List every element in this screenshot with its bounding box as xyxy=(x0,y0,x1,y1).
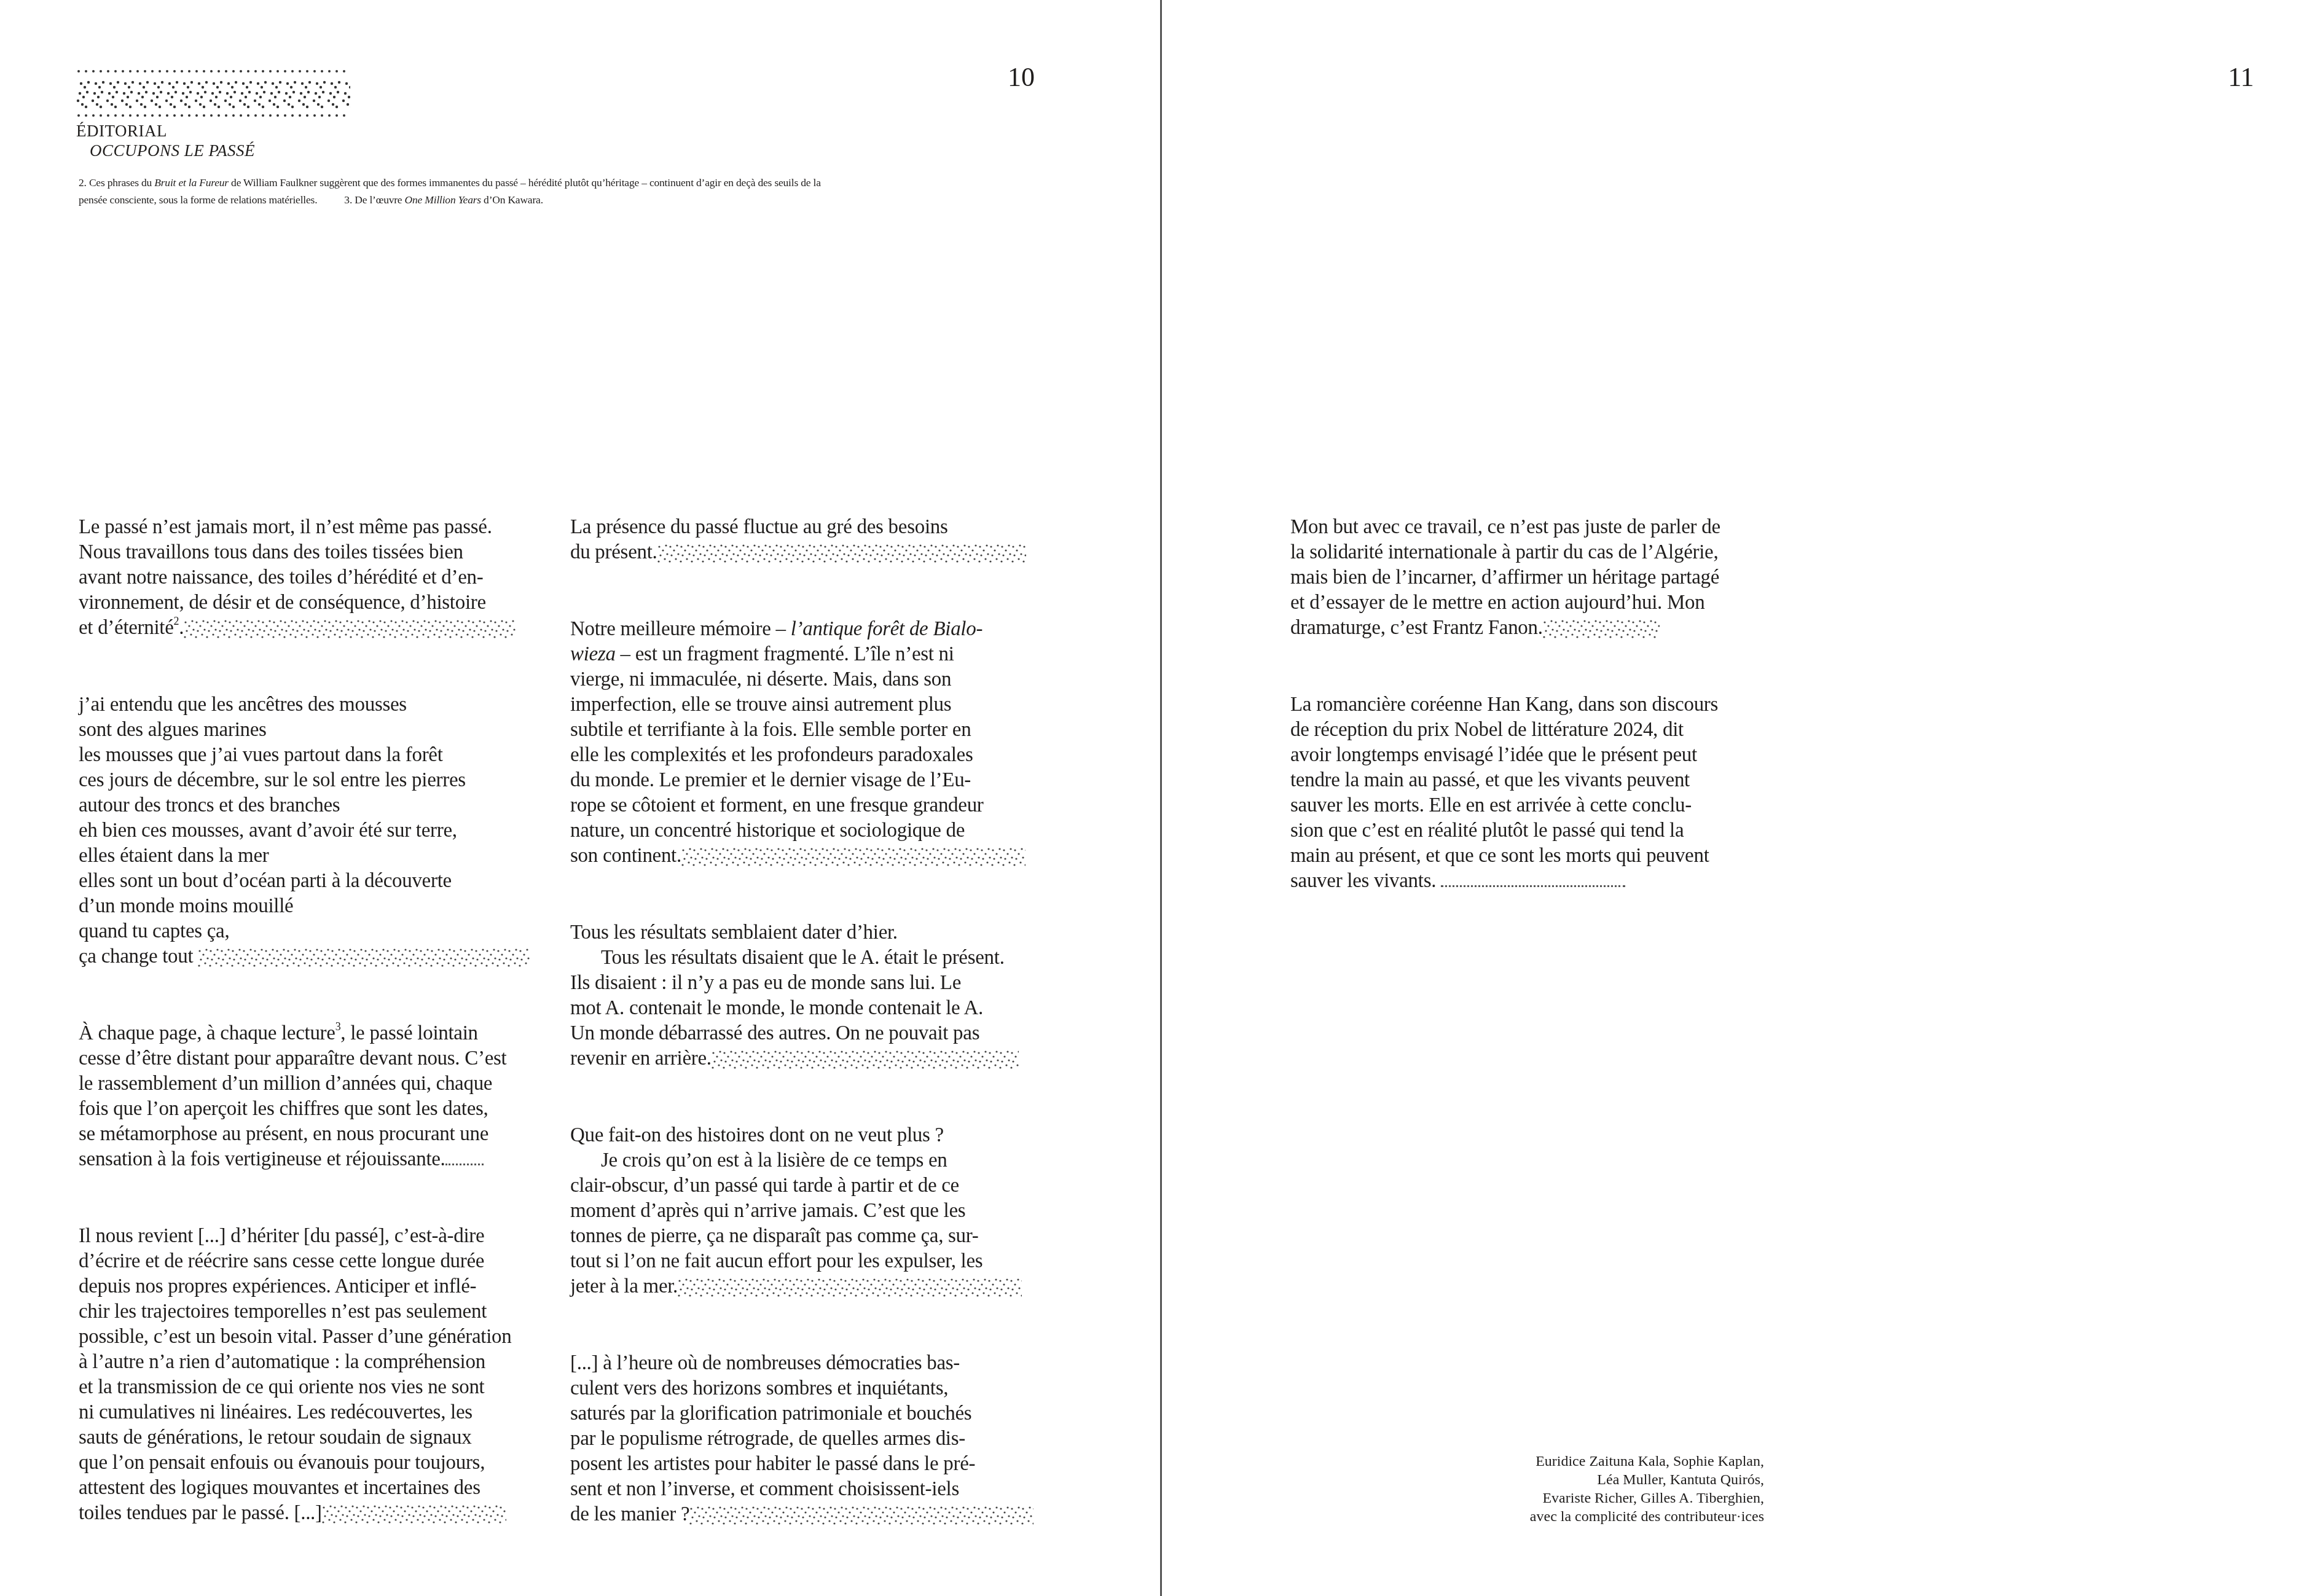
footnote-work-title: Bruit et la Fureur xyxy=(154,176,229,189)
dotted-ornament-icon xyxy=(681,847,1026,867)
credit-line: Evariste Richer, Gilles A. Tiberghien, xyxy=(1530,1489,1764,1508)
paragraph: La romancière coréenne Han Kang, dans so… xyxy=(1290,692,1776,894)
page-number-right: 11 xyxy=(2228,64,2254,91)
paragraph: À chaque page, à chaque lecture3, le pas… xyxy=(79,1021,564,1172)
footnote-ref-2: 2 xyxy=(174,615,179,627)
dotted-lettering-icon xyxy=(1543,619,1660,640)
dotted-ornament-icon xyxy=(712,1049,1019,1070)
text-column-2: La présence du passé fluctue au gré des … xyxy=(570,515,1056,1579)
dotted-ornament-icon xyxy=(689,1505,1034,1526)
footnote-text: pensée consciente, sous la forme de rela… xyxy=(79,194,317,206)
footnote-text: 2. Ces phrases du xyxy=(79,176,154,189)
dotted-ornament-icon xyxy=(657,543,1026,564)
section-label: ÉDITORIAL xyxy=(76,120,350,141)
footnotes: 2. Ces phrases du Bruit et la Fureur de … xyxy=(79,174,1049,208)
dotted-floral-ornament-icon xyxy=(76,69,350,118)
footnote-3: 3. De l’œuvre One Million Years d’On Kaw… xyxy=(344,194,543,206)
paragraph: Notre meilleure mémoire – l’antique forê… xyxy=(570,617,1056,869)
editorial-credits: Euridice Zaituna Kala, Sophie Kaplan, Lé… xyxy=(1530,1452,1764,1526)
credit-line: avec la complicité des contributeur·ices xyxy=(1530,1508,1764,1526)
paragraph: Le passé n’est jamais mort, il n’est mêm… xyxy=(79,515,564,641)
page-number-left: 10 xyxy=(1008,64,1035,91)
left-page: 10 ÉDITORIAL OCCUPONS LE PASSÉ 2. Ces ph… xyxy=(0,0,1160,1596)
dotted-ornament-icon xyxy=(322,1504,506,1525)
dotted-leader-icon xyxy=(445,1149,484,1165)
paragraph: Tous les résultats semblaient dater d’hi… xyxy=(570,920,1056,1071)
magazine-spread: 10 ÉDITORIAL OCCUPONS LE PASSÉ 2. Ces ph… xyxy=(0,0,2322,1596)
poem: j’ai entendu que les ancêtres des mousse… xyxy=(79,692,564,969)
paragraph: La présence du passé fluctue au gré des … xyxy=(570,515,1056,565)
section-masthead: ÉDITORIAL OCCUPONS LE PASSÉ xyxy=(76,69,350,160)
footnote-text: de William Faulkner suggèrent que des fo… xyxy=(229,176,821,189)
place-name: wieza xyxy=(570,643,616,665)
paragraph: Mon but avec ce travail, ce n’est pas ju… xyxy=(1290,515,1776,641)
credit-line: Euridice Zaituna Kala, Sophie Kaplan, xyxy=(1530,1452,1764,1471)
section-title: OCCUPONS LE PASSÉ xyxy=(76,141,350,160)
paragraph: Il nous revient [...] d’hériter [du pass… xyxy=(79,1224,564,1526)
footnote-2: 2. Ces phrases du Bruit et la Fureur de … xyxy=(79,174,1049,191)
credit-line: Léa Muller, Kantuta Quirós, xyxy=(1530,1471,1764,1489)
dotted-ornament-icon xyxy=(184,619,516,640)
place-name: l’antique forêt de Bialo- xyxy=(791,618,983,640)
paragraph: [...] à l’heure où de nombreuses démocra… xyxy=(570,1351,1056,1527)
dotted-ornament-icon xyxy=(198,947,530,968)
text-column-1: Le passé n’est jamais mort, il n’est mêm… xyxy=(79,515,564,1578)
text-column-3: Mon but avec ce travail, ce n’est pas ju… xyxy=(1290,515,1776,945)
dotted-ornament-icon xyxy=(678,1277,1022,1298)
footnote-line-2: pensée consciente, sous la forme de rela… xyxy=(79,191,1049,208)
dotted-leader-icon xyxy=(1441,870,1625,887)
footnote-work-title: One Million Years xyxy=(405,194,481,206)
paragraph: Que fait-on des histoires dont on ne veu… xyxy=(570,1123,1056,1299)
